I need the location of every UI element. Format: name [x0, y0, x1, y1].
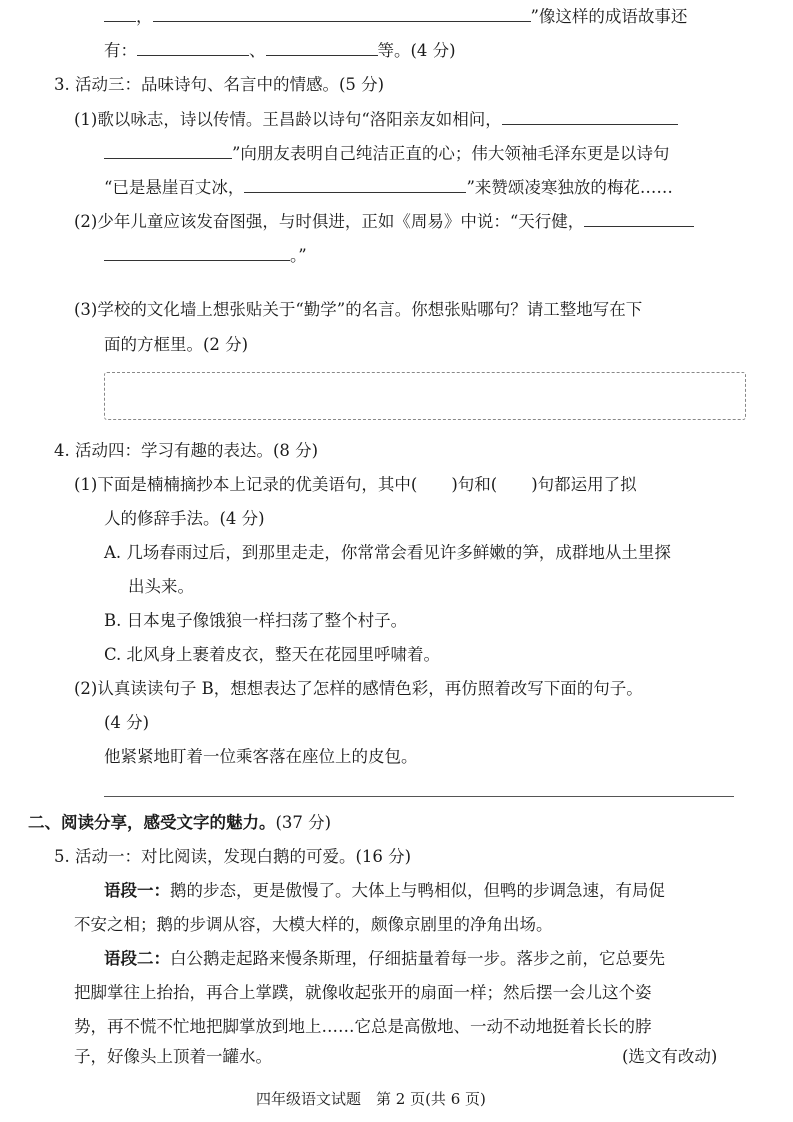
q4-option-a-line1: A. 几场春雨过后，到那里走走，你常常会看见许多鲜嫩的笋，成群地从土里探 [104, 542, 671, 564]
q5-para1-line2: 不安之相；鹅的步调从容，大模大样的，颇像京剧里的净角出场。 [74, 914, 553, 936]
answer-blank[interactable] [153, 7, 531, 22]
para2-label: 语段二： [104, 949, 170, 968]
q3-p2-line2: 。” [104, 245, 307, 267]
q4-p2-line2: (4 分) [104, 712, 149, 734]
answer-blank[interactable] [104, 144, 232, 159]
q3-title: 3. 活动三：品味诗句、名言中的情感。(5 分) [54, 74, 384, 96]
q3-p1-text: ”向朋友表明自己纯洁正直的心；伟大领袖毛泽东更是以诗句 [232, 144, 669, 163]
q3-p2-text: 。” [290, 246, 307, 265]
q3-p1-text: ”来赞颂凌寒独放的梅花…… [466, 178, 672, 197]
q5-para2-line2: 把脚掌往上抬抬，再合上掌蹼，就像收起张开的扇面一样；然后摆一会儿这个姿 [74, 982, 652, 1004]
q4-option-c: C. 北风身上裹着皮衣，整天在花园里呼啸着。 [104, 644, 440, 666]
q5-para1-line1: 语段一：鹅的步态，更是傲慢了。大体上与鸭相似，但鸭的步调急速，有局促 [104, 880, 665, 902]
answer-box[interactable] [104, 372, 746, 420]
q2-line-1: ，”像这样的成语故事还 [104, 6, 687, 28]
answer-blank[interactable] [104, 246, 290, 261]
q4-p1-text: )句都运用了拟 [531, 475, 636, 494]
q3-p2-line1: (2)少年儿童应该发奋图强，与时俱进，正如《周易》中说：“天行健， [74, 211, 694, 233]
answer-line[interactable] [104, 796, 734, 797]
comma: ， [136, 7, 153, 26]
q4-p1-text: (1)下面是楠楠摘抄本上记录的优美语句，其中( [74, 475, 417, 494]
q4-p1-line2: 人的修辞手法。(4 分) [104, 508, 265, 530]
q3-p1-text: “已是悬崖百丈冰， [104, 178, 244, 197]
q5-para2-line3: 势，再不慌不忙地把脚掌放到地上……它总是高傲地、一动不动地挺着长长的脖 [74, 1016, 652, 1038]
q4-option-b: B. 日本鬼子像饿狼一样扫荡了整个村子。 [104, 610, 407, 632]
page-footer: 四年级语文试题 第 2 页(共 6 页) [256, 1088, 486, 1110]
source-note: (选文有改动) [622, 1046, 717, 1068]
q2-line-2: 有：、等。(4 分) [104, 40, 456, 62]
q4-option-a-line2: 出头来。 [128, 576, 194, 598]
section2-score: (37 分) [276, 813, 332, 832]
q2-line2-suffix: 等。(4 分) [378, 41, 456, 60]
q3-p1-line1: (1)歌以咏志，诗以传情。王昌龄以诗句“洛阳亲友如相问， [74, 109, 678, 131]
q5-para2-line1: 语段二：白公鹅走起路来慢条斯理，仔细掂量着每一步。落步之前，它总要先 [104, 948, 665, 970]
answer-blank[interactable] [266, 41, 378, 56]
para1-label: 语段一： [104, 881, 170, 900]
q4-p1-text: )句和( [451, 475, 497, 494]
q4-p2-line1: (2)认真读读句子 B，想想表达了怎样的感情色彩，再仿照着改写下面的句子。 [74, 678, 643, 700]
q5-title: 5. 活动一：对比阅读，发现白鹅的可爱。(16 分) [54, 846, 411, 868]
q3-p3-line1: (3)学校的文化墙上想张贴关于“勤学”的名言。你想张贴哪句？请工整地写在下 [74, 299, 642, 321]
q3-p1-line2: ”向朋友表明自己纯洁正直的心；伟大领袖毛泽东更是以诗句 [104, 143, 669, 165]
para1-text: 鹅的步态，更是傲慢了。大体上与鸭相似，但鸭的步调急速，有局促 [170, 881, 665, 900]
q2-line2-prefix: 有： [104, 41, 137, 60]
section2-heading-text: 二、阅读分享，感受文字的魅力。 [28, 813, 276, 832]
q3-p2-text: (2)少年儿童应该发奋图强，与时俱进，正如《周易》中说：“天行健， [74, 212, 584, 231]
answer-blank[interactable] [584, 212, 694, 227]
q4-p1-line1: (1)下面是楠楠摘抄本上记录的优美语句，其中()句和()句都运用了拟 [74, 474, 637, 496]
q5-para2-line4: 子，好像头上顶着一罐水。 [74, 1046, 272, 1068]
separator: 、 [249, 41, 266, 60]
answer-blank[interactable] [104, 7, 136, 22]
q2-line1-suffix: ”像这样的成语故事还 [531, 7, 688, 26]
answer-blank[interactable] [244, 178, 466, 193]
q3-p1-text: (1)歌以咏志，诗以传情。王昌龄以诗句“洛阳亲友如相问， [74, 110, 502, 129]
q3-p1-line3: “已是悬崖百丈冰，”来赞颂凌寒独放的梅花…… [104, 177, 673, 199]
answer-blank[interactable] [137, 41, 249, 56]
q3-p3-line2: 面的方框里。(2 分) [104, 334, 248, 356]
para2-text: 白公鹅走起路来慢条斯理，仔细掂量着每一步。落步之前，它总要先 [170, 949, 665, 968]
answer-blank[interactable] [502, 110, 678, 125]
section2-heading: 二、阅读分享，感受文字的魅力。(37 分) [28, 812, 331, 834]
q4-title: 4. 活动四：学习有趣的表达。(8 分) [54, 440, 318, 462]
q4-p2-sentence: 他紧紧地盯着一位乘客落在座位上的皮包。 [104, 746, 418, 768]
